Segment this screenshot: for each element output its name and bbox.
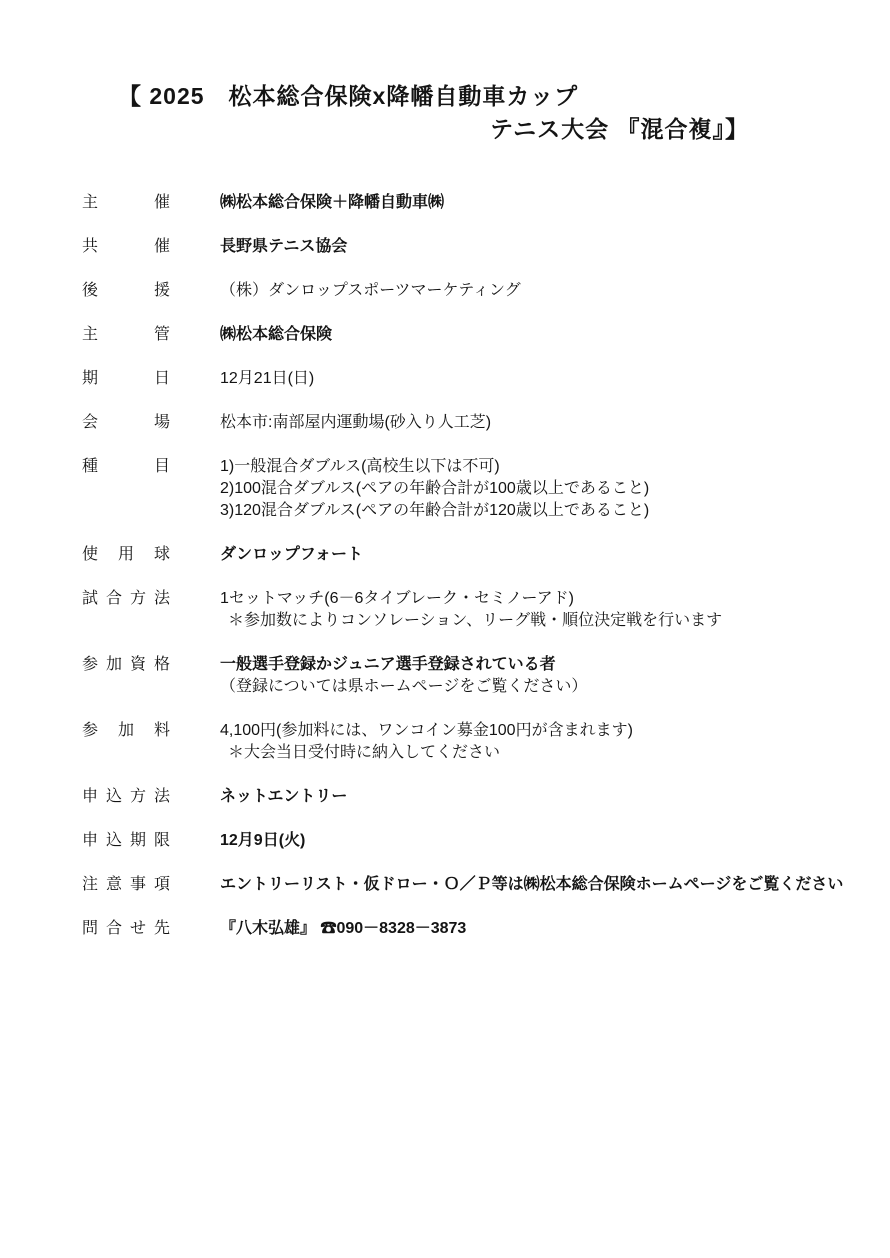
field-label-char: 限 (154, 830, 170, 852)
field-value: ㈱松本総合保険 (220, 324, 332, 346)
field-label: 主催 (82, 192, 170, 214)
field-value: 長野県テニス協会 (220, 236, 347, 258)
field-value: ㈱松本総合保険＋降幡自動車㈱ (220, 192, 444, 214)
info-row: 申込方法ネットエントリー (82, 786, 874, 808)
field-label-char: 項 (154, 874, 170, 896)
field-label: 注意事項 (82, 874, 170, 896)
info-row: 参加資格一般選手登録かジュニア選手登録されている者（登録については県ホームページ… (82, 654, 874, 698)
field-label-char: 料 (154, 720, 170, 742)
field-value-line: ダンロップフォート (220, 544, 363, 566)
field-value-line: 一般選手登録かジュニア選手登録されている者 (220, 654, 587, 676)
field-label-char: 方 (130, 786, 146, 808)
field-label-char: 共 (82, 236, 98, 258)
field-label-char: 法 (154, 588, 170, 610)
field-value: エントリーリスト・仮ドロー・Ｏ／Ｐ等は㈱松本総合保険ホームページをご覧ください (220, 874, 843, 896)
field-value: 松本市:南部屋内運動場(砂入り人工芝) (220, 412, 491, 434)
field-value: 『八木弘雄』 ☎090－8328－3873 (220, 918, 466, 940)
field-label-char: 方 (130, 588, 146, 610)
field-label-char: せ (130, 918, 146, 940)
field-value-line: ＊参加数によりコンソレーション、リーグ戦・順位決定戦を行います (220, 610, 722, 632)
field-label-char: 管 (154, 324, 170, 346)
field-label: 申込期限 (82, 830, 170, 852)
field-label-char: 法 (154, 786, 170, 808)
field-value-line: 1セットマッチ(6－6タイブレーク・セミノーアド) (220, 588, 722, 610)
field-label-char: 後 (82, 280, 98, 302)
field-label-char: 申 (82, 786, 98, 808)
field-label-char: 日 (154, 368, 170, 390)
title-line-1: 【 2025 松本総合保険x降幡自動車カップ (118, 80, 749, 113)
field-label-char: 申 (82, 830, 98, 852)
info-row: 後援（株）ダンロップスポーツマーケティング (82, 280, 874, 302)
field-label-char: 用 (118, 544, 134, 566)
field-label: 参加資格 (82, 654, 170, 676)
info-row: 注意事項エントリーリスト・仮ドロー・Ｏ／Ｐ等は㈱松本総合保険ホームページをご覧く… (82, 874, 874, 896)
info-row: 主管㈱松本総合保険 (82, 324, 874, 346)
field-value-line: 4,100円(参加料には、ワンコイン募金100円が含まれます) (220, 720, 633, 742)
field-label-char: 加 (118, 720, 134, 742)
field-label: 参加料 (82, 720, 170, 742)
field-value-line: エントリーリスト・仮ドロー・Ｏ／Ｐ等は㈱松本総合保険ホームページをご覧ください (220, 874, 843, 896)
field-label-char: 期 (130, 830, 146, 852)
field-label: 会場 (82, 412, 170, 434)
field-label-char: 資 (130, 654, 146, 676)
field-label-char: 催 (154, 192, 170, 214)
info-row: 会場松本市:南部屋内運動場(砂入り人工芝) (82, 412, 874, 434)
field-label-char: 種 (82, 456, 98, 478)
field-label-char: 使 (82, 544, 98, 566)
info-row: 種目1)一般混合ダブルス(高校生以下は不可)2)100混合ダブルス(ペアの年齢合… (82, 456, 874, 522)
document-title: 【 2025 松本総合保険x降幡自動車カップ テニス大会 『混合複』】 (118, 80, 749, 146)
field-label-char: 参 (82, 720, 98, 742)
field-label-char: 問 (82, 918, 98, 940)
info-row: 共催長野県テニス協会 (82, 236, 874, 258)
field-label-char: 期 (82, 368, 98, 390)
field-value: 4,100円(参加料には、ワンコイン募金100円が含まれます)＊大会当日受付時に… (220, 720, 633, 764)
field-label: 問合せ先 (82, 918, 170, 940)
field-value-line: ㈱松本総合保険 (220, 324, 332, 346)
field-label-char: 目 (154, 456, 170, 478)
info-row: 主催㈱松本総合保険＋降幡自動車㈱ (82, 192, 874, 214)
field-value-line: ㈱松本総合保険＋降幡自動車㈱ (220, 192, 444, 214)
field-label-char: 主 (82, 192, 98, 214)
tournament-announcement-page: 【 2025 松本総合保険x降幡自動車カップ テニス大会 『混合複』】 主催㈱松… (0, 0, 890, 1258)
field-label: 使用球 (82, 544, 170, 566)
field-value-line: 12月9日(火) (220, 830, 305, 852)
field-label: 申込方法 (82, 786, 170, 808)
field-label-char: 球 (154, 544, 170, 566)
field-label-char: 参 (82, 654, 98, 676)
field-label: 試合方法 (82, 588, 170, 610)
field-value-line: 長野県テニス協会 (220, 236, 347, 258)
field-value: 1セットマッチ(6－6タイブレーク・セミノーアド)＊参加数によりコンソレーション… (220, 588, 722, 632)
field-value: 一般選手登録かジュニア選手登録されている者（登録については県ホームページをご覧く… (220, 654, 587, 698)
field-value-line: ＊大会当日受付時に納入してください (220, 742, 633, 764)
field-value-line: 3)120混合ダブルス(ペアの年齢合計が120歳以上であること) (220, 500, 649, 522)
field-label-char: 合 (106, 918, 122, 940)
field-value: 12月9日(火) (220, 830, 305, 852)
field-label-char: 意 (106, 874, 122, 896)
field-label: 後援 (82, 280, 170, 302)
field-label-char: 催 (154, 236, 170, 258)
field-value: 1)一般混合ダブルス(高校生以下は不可)2)100混合ダブルス(ペアの年齢合計が… (220, 456, 649, 522)
field-label-char: 会 (82, 412, 98, 434)
field-value: ネットエントリー (220, 786, 347, 808)
field-label: 期日 (82, 368, 170, 390)
field-label-char: 場 (154, 412, 170, 434)
field-value: ダンロップフォート (220, 544, 363, 566)
field-value-line: 1)一般混合ダブルス(高校生以下は不可) (220, 456, 649, 478)
field-value-line: （登録については県ホームページをご覧ください） (220, 676, 587, 698)
field-value-line: ネットエントリー (220, 786, 347, 808)
field-label-char: 試 (82, 588, 98, 610)
field-label-char: 込 (106, 786, 122, 808)
field-label-char: 加 (106, 654, 122, 676)
field-label-char: 格 (154, 654, 170, 676)
field-label: 共催 (82, 236, 170, 258)
field-label: 主管 (82, 324, 170, 346)
field-value-line: 『八木弘雄』 ☎090－8328－3873 (220, 918, 466, 940)
field-value-line: 2)100混合ダブルス(ペアの年齢合計が100歳以上であること) (220, 478, 649, 500)
document-body: 主催㈱松本総合保険＋降幡自動車㈱共催長野県テニス協会後援（株）ダンロップスポーツ… (82, 192, 874, 962)
field-label-char: 込 (106, 830, 122, 852)
info-row: 問合せ先『八木弘雄』 ☎090－8328－3873 (82, 918, 874, 940)
field-label: 種目 (82, 456, 170, 478)
field-value-line: 松本市:南部屋内運動場(砂入り人工芝) (220, 412, 491, 434)
info-row: 申込期限12月9日(火) (82, 830, 874, 852)
title-line-2: テニス大会 『混合複』】 (490, 113, 749, 146)
info-row: 参加料4,100円(参加料には、ワンコイン募金100円が含まれます)＊大会当日受… (82, 720, 874, 764)
field-value-line: （株）ダンロップスポーツマーケティング (220, 280, 521, 302)
info-row: 使用球ダンロップフォート (82, 544, 874, 566)
field-label-char: 事 (130, 874, 146, 896)
field-label-char: 主 (82, 324, 98, 346)
field-value: （株）ダンロップスポーツマーケティング (220, 280, 521, 302)
info-row: 試合方法1セットマッチ(6－6タイブレーク・セミノーアド)＊参加数によりコンソレ… (82, 588, 874, 632)
info-row: 期日12月21日(日) (82, 368, 874, 390)
field-label-char: 援 (154, 280, 170, 302)
field-label-char: 注 (82, 874, 98, 896)
field-value: 12月21日(日) (220, 368, 314, 390)
field-value-line: 12月21日(日) (220, 368, 314, 390)
field-label-char: 先 (154, 918, 170, 940)
field-label-char: 合 (106, 588, 122, 610)
